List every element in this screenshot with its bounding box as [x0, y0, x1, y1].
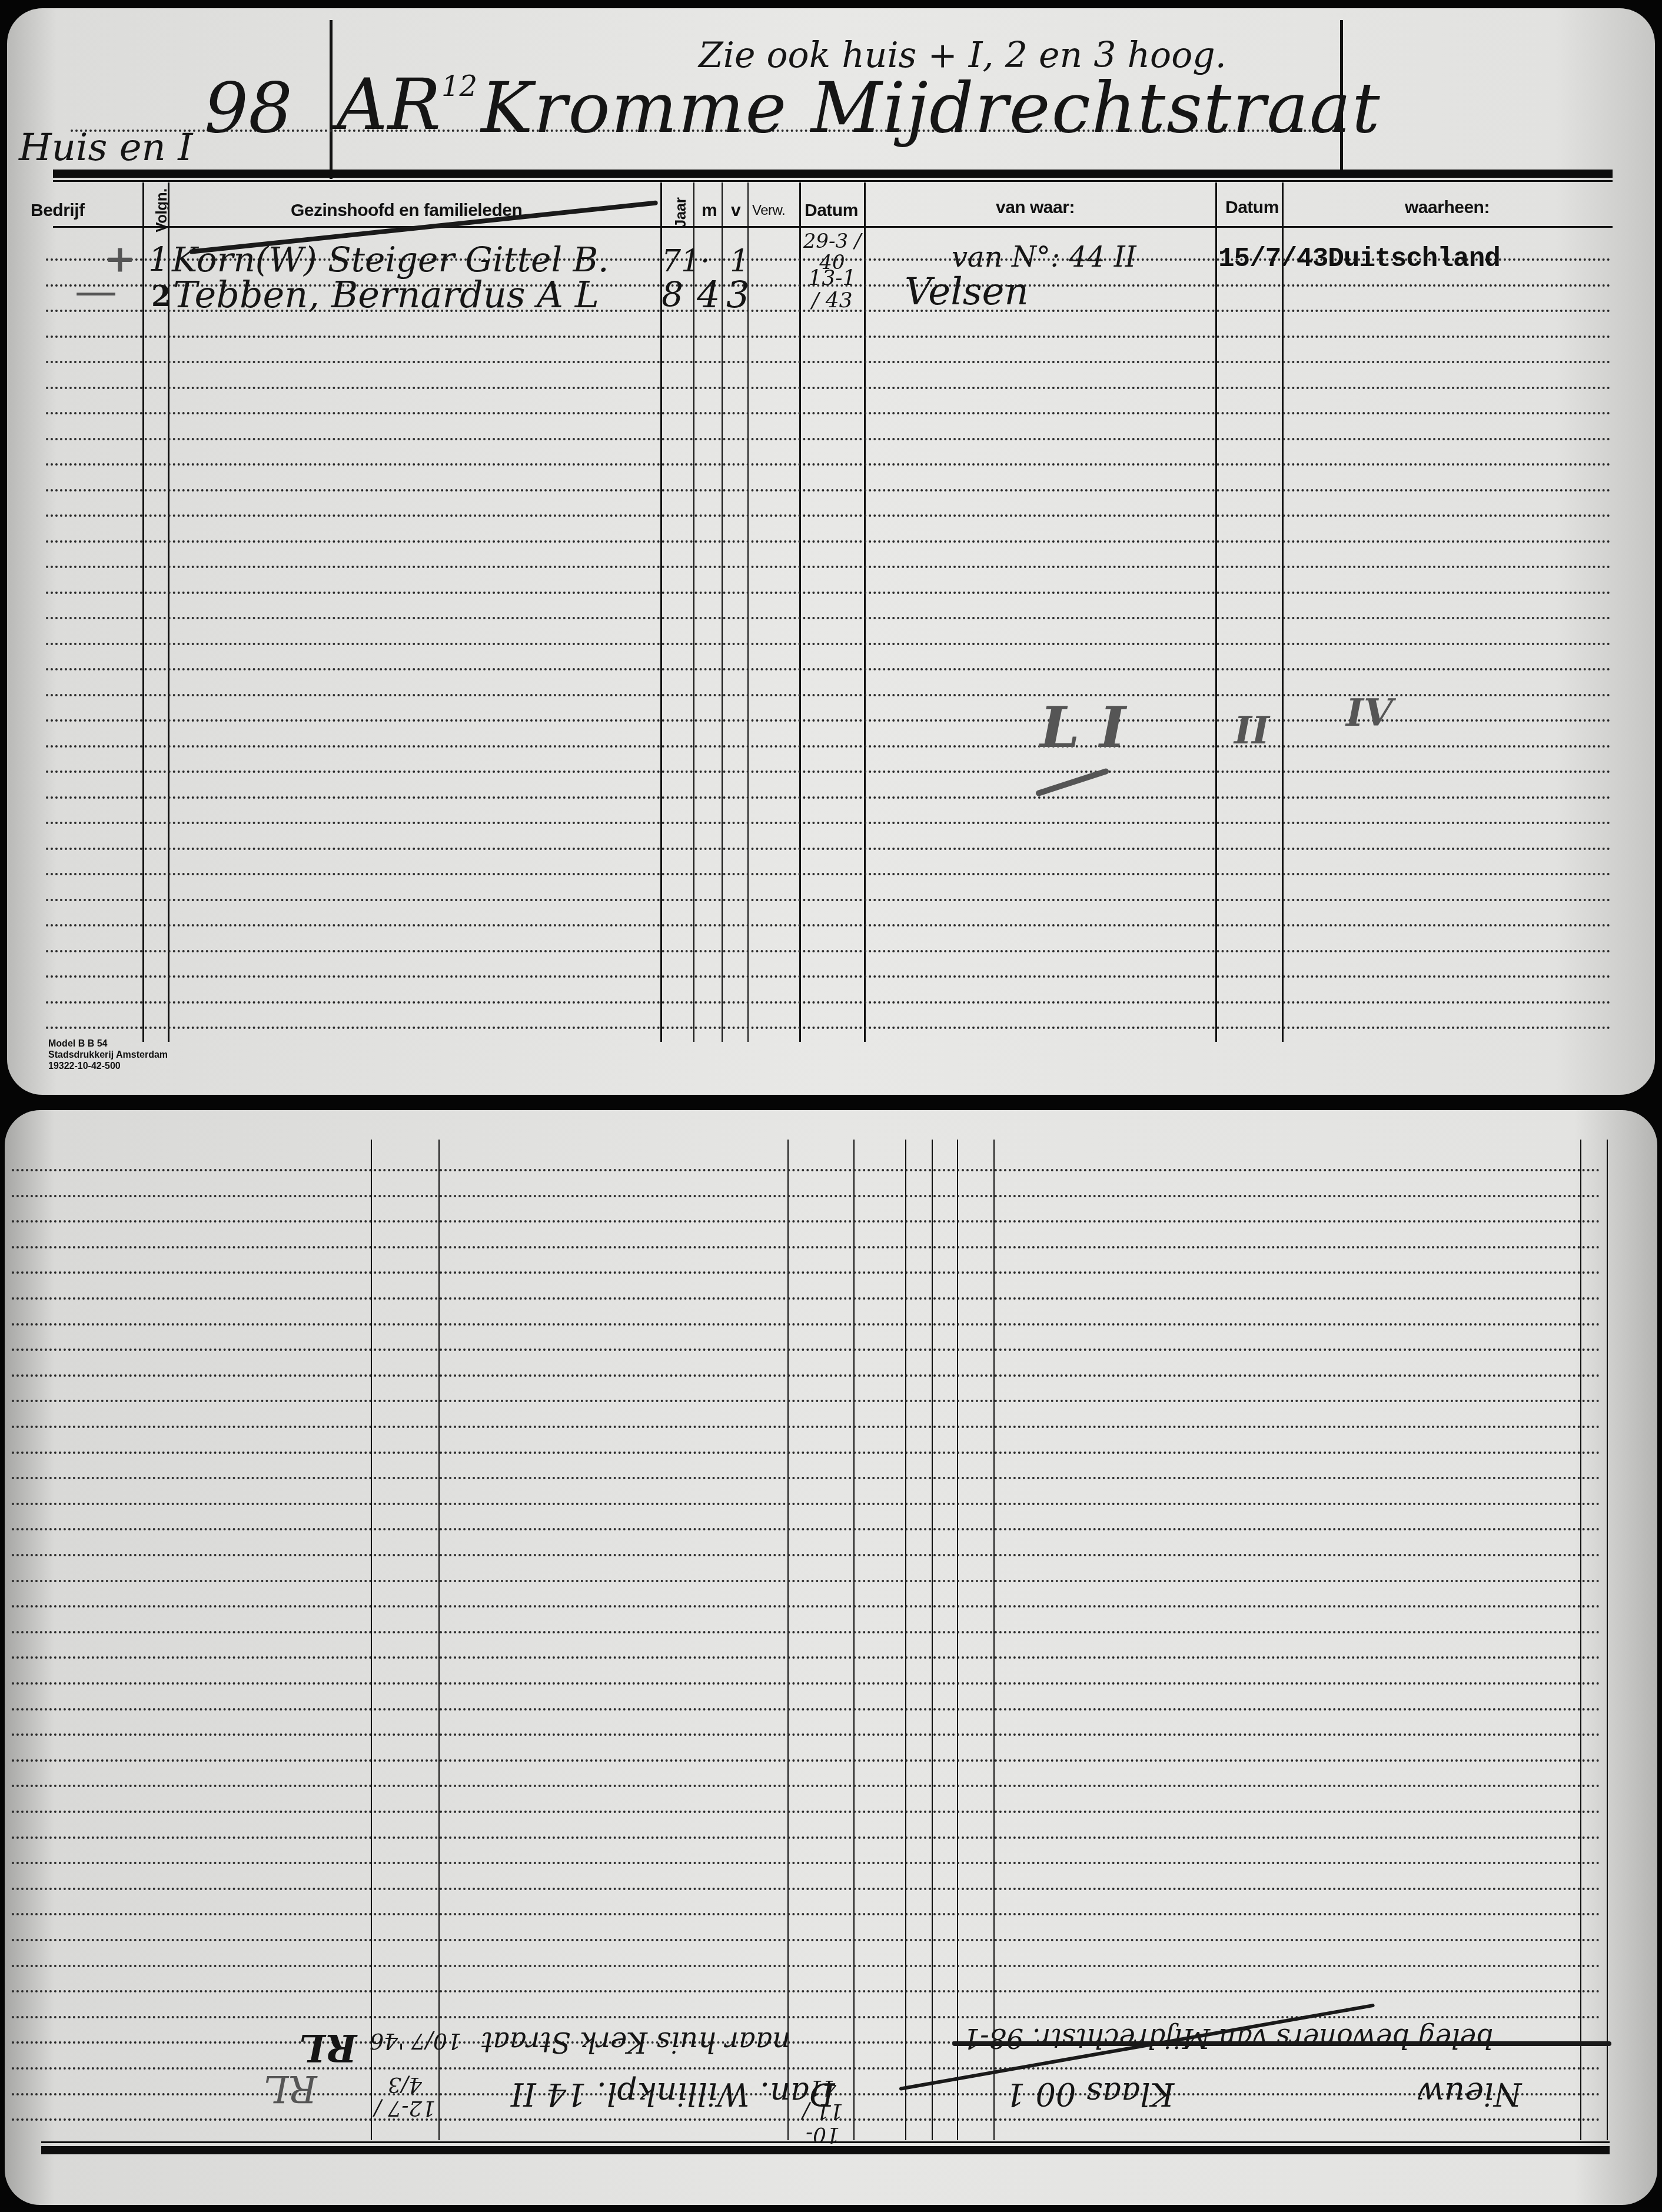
ruled-line — [12, 2067, 1601, 2070]
ruled-line — [12, 1682, 1601, 1685]
ruled-line — [12, 1862, 1601, 1864]
inverted-entry-status: Nieuw — [1417, 2075, 1521, 2113]
ruled-line — [12, 1939, 1601, 1941]
row2-datum-in: 13-1 / 43 — [803, 267, 862, 312]
ruled-line — [12, 1220, 1601, 1223]
back-thick-rule — [41, 2146, 1610, 2154]
inverted-date-3: 10/7 '46 — [370, 2028, 461, 2054]
ruled-line — [46, 643, 1611, 645]
column-header-rule — [53, 226, 1613, 228]
ruled-line — [12, 1836, 1601, 1839]
row1-jaar: 71 — [662, 244, 700, 279]
ruled-line — [12, 1888, 1601, 1890]
ruled-line — [12, 1733, 1601, 1736]
ruled-line — [46, 1001, 1611, 1004]
print-batch: 19322-10-42-500 — [48, 1061, 168, 1072]
inverted-entry-address: Dan. Willinkpl. 14 II — [511, 2075, 835, 2113]
row1-van-waar: van N°: 44 II — [952, 241, 1136, 274]
ruled-line — [46, 975, 1611, 978]
col-m: m — [702, 201, 717, 221]
ruled-line — [46, 770, 1611, 773]
ruled-line — [46, 566, 1611, 568]
ruled-line — [12, 1477, 1601, 1479]
ruled-line — [12, 1426, 1601, 1428]
registration-card-back: beleg bewoners van Mijdrechtstr. 98-1 na… — [5, 1110, 1657, 2205]
col-datum-in: Datum — [805, 201, 858, 221]
inverted-entry-address-note: naar huis Kerk Straat — [481, 2025, 790, 2058]
ruled-line — [12, 1503, 1601, 1505]
ruled-line — [46, 387, 1611, 389]
street-prefix: AR — [337, 64, 441, 146]
ruled-line — [12, 1605, 1601, 1607]
row2-van-waar: Velsen — [905, 270, 1029, 314]
ruled-line — [46, 540, 1611, 543]
ruled-line — [46, 899, 1611, 901]
pencil-mark-IV: IV — [1346, 691, 1393, 735]
ruled-line — [12, 1580, 1601, 1582]
inverted-date-2: 12-7 / 4/3 — [373, 2072, 437, 2120]
col-jaar: Jaar — [672, 195, 690, 231]
ruled-line — [46, 950, 1611, 952]
ruled-line — [12, 1452, 1601, 1454]
row2-volgn: 2 — [151, 280, 171, 313]
inverted-entry-name: Klaas 00 1 — [1005, 2075, 1174, 2113]
inverted-initials-1: RL — [299, 2025, 357, 2070]
house-number: 98 — [204, 67, 292, 148]
col-v: v — [731, 201, 740, 221]
col-datum-uit: Datum — [1225, 198, 1279, 218]
inverted-initials-2: RL — [264, 2067, 317, 2110]
ruled-line — [12, 1169, 1601, 1171]
col-bedrijf: Bedrijf — [31, 201, 85, 221]
ruled-line — [46, 361, 1611, 363]
print-printer: Stadsdrukkerij Amsterdam — [48, 1049, 168, 1061]
ruled-line — [12, 1759, 1601, 1762]
header-divider-left — [330, 20, 333, 179]
ruled-line — [46, 873, 1611, 875]
ruled-line — [12, 1400, 1601, 1402]
ruled-line — [46, 463, 1611, 466]
ruled-line — [46, 924, 1611, 926]
street-name: Kromme Mijdrechtstraat — [481, 67, 1381, 148]
ruled-line — [46, 1027, 1611, 1029]
ruled-line — [12, 1656, 1601, 1659]
print-footer: Model B B 54 Stadsdrukkerij Amsterdam 19… — [48, 1038, 168, 1072]
ruled-line — [12, 1297, 1601, 1300]
ruled-line — [12, 1554, 1601, 1556]
ruled-line — [12, 1811, 1601, 1813]
ruled-line — [46, 822, 1611, 824]
inverted-date-1: 10-11 / 41 — [793, 2075, 852, 2146]
back-col-line-10 — [1607, 1140, 1608, 2140]
ruled-line — [12, 1631, 1601, 1633]
street-superscript: 12 — [441, 70, 477, 103]
bedrijf-mark-minus: — — [75, 266, 117, 315]
ruled-line — [46, 617, 1611, 619]
ruled-line — [46, 489, 1611, 491]
col-verw: Verw. — [752, 202, 785, 219]
registration-card-front: 98 Huis en I AR 12 Kromme Mijdrechtstraa… — [7, 8, 1655, 1095]
ruled-line — [46, 848, 1611, 850]
ruled-line — [12, 1195, 1601, 1197]
pencil-mark-II: II — [1234, 709, 1269, 753]
house-label: Huis en I — [19, 126, 192, 170]
header-thick-rule — [53, 170, 1613, 178]
col-waarheen: waarheen: — [1405, 198, 1490, 218]
ruled-line — [46, 438, 1611, 440]
row1-volgn: 1 — [148, 241, 169, 279]
ruled-line — [12, 1323, 1601, 1326]
inverted-entry-struck: beleg bewoners van Mijdrechtstr. 98-1 — [963, 2022, 1493, 2054]
ruled-line — [12, 1246, 1601, 1248]
ruled-line — [12, 2016, 1601, 2018]
ruled-line — [46, 514, 1611, 517]
ruled-line — [46, 336, 1611, 338]
row2-m: 4 — [697, 273, 720, 316]
ruled-line — [12, 1349, 1601, 1351]
ruled-line — [12, 1990, 1601, 1992]
pencil-mark-LI: L I — [1040, 694, 1126, 760]
row1-datum-waarheen: 15/7/43Duitschland — [1218, 244, 1500, 274]
ruled-line — [12, 1965, 1601, 1967]
ruled-line — [12, 1528, 1601, 1530]
row2-v: 3 — [726, 273, 749, 316]
street-annotation: Zie ook huis + I, 2 en 3 hoog. — [699, 35, 1226, 76]
row2-jaar: 8 — [662, 274, 683, 314]
ruled-line — [12, 1271, 1601, 1274]
ruled-line — [46, 668, 1611, 670]
ruled-line — [12, 1785, 1601, 1787]
inverted-entry-strike-1 — [952, 2041, 1611, 2046]
header-thin-rule — [53, 180, 1613, 182]
ruled-line — [46, 745, 1611, 748]
row2-name: Tebben, Bernardus A L — [173, 273, 599, 316]
ruled-line — [46, 412, 1611, 414]
col-van-waar: van waar: — [996, 198, 1075, 218]
print-model: Model B B 54 — [48, 1038, 168, 1049]
ruled-line — [46, 592, 1611, 594]
ruled-line — [12, 1374, 1601, 1377]
ruled-line — [12, 1708, 1601, 1711]
ruled-line — [46, 796, 1611, 799]
ruled-line — [12, 1913, 1601, 1915]
